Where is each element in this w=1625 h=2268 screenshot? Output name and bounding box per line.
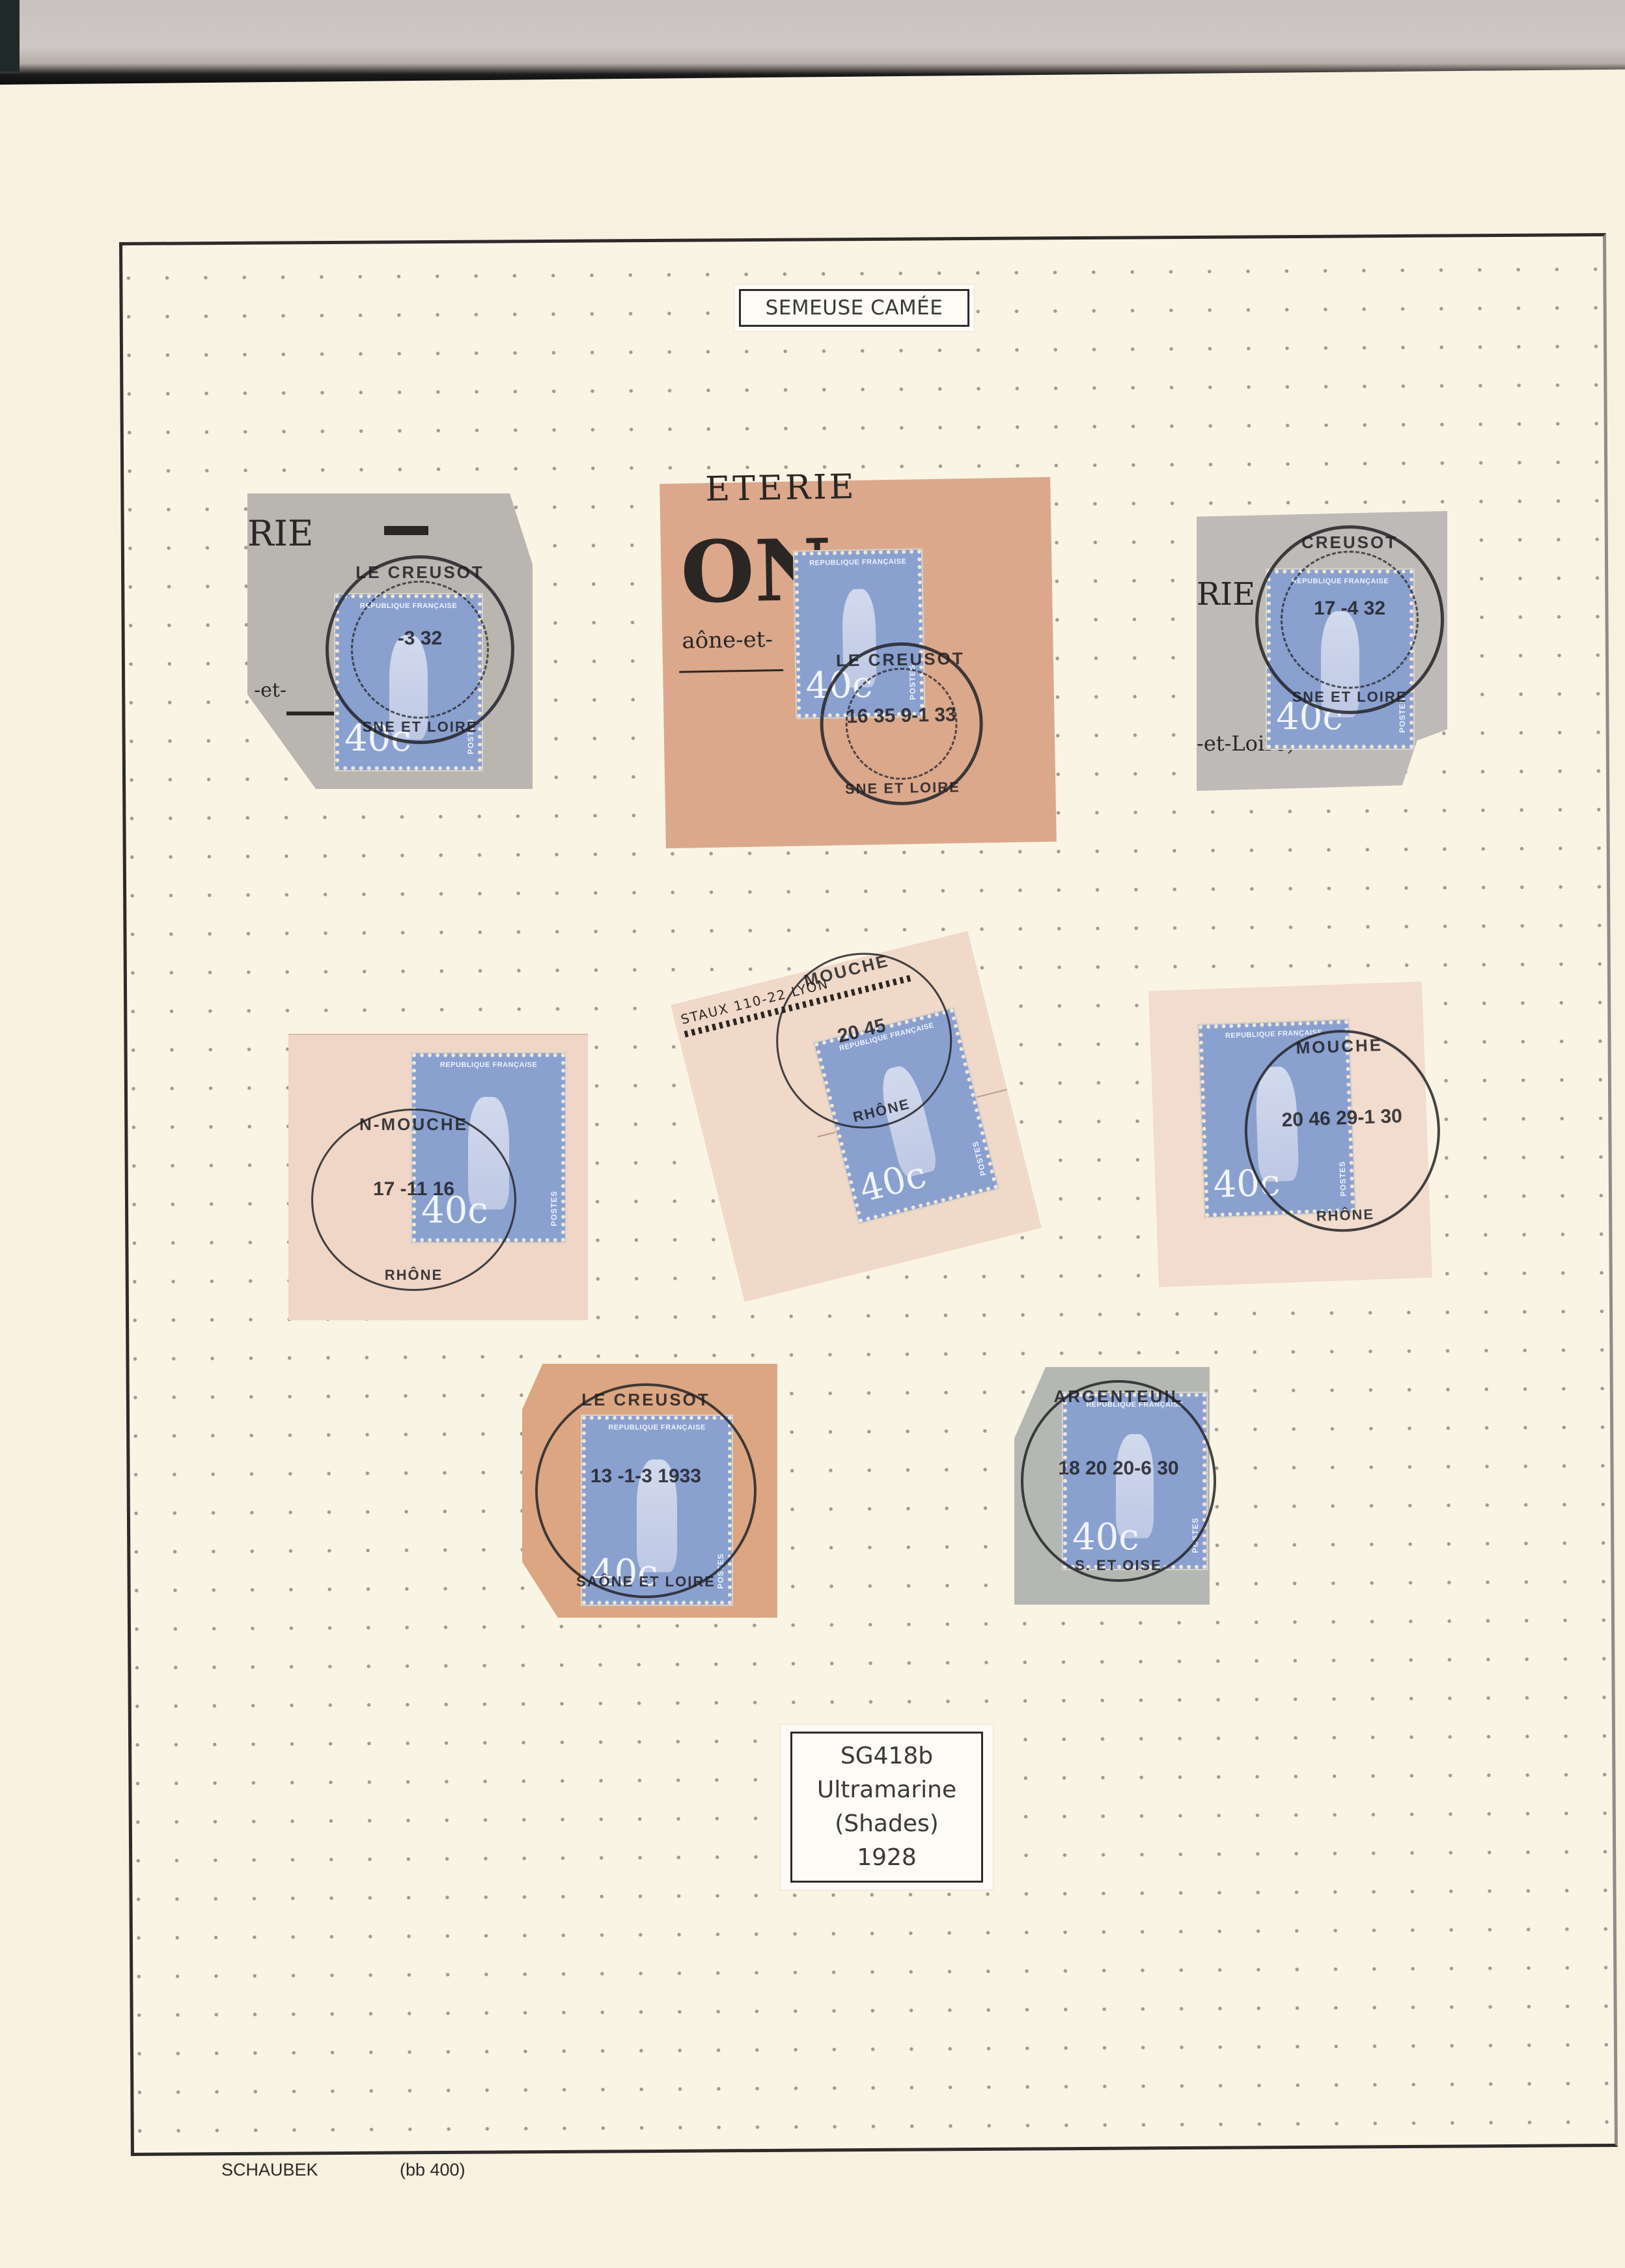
postmark-region: SAÔNE ET LOIRE	[538, 1573, 754, 1590]
title-text: SEMEUSE CAMÉE	[766, 296, 943, 320]
stamp-side-text: POSTES	[549, 1191, 559, 1226]
postmark-region: SNE ET LOIRE	[824, 779, 980, 798]
stamp-piece-4: REPUBLIQUE FRANÇAISE 40c POSTES N-MOUCHE…	[288, 1034, 588, 1320]
postmark-date: 17 -11 16	[313, 1178, 514, 1200]
postmark: CREUSOT 17 -4 32 SNE ET LOIRE	[1255, 525, 1444, 714]
postmark: LE CREUSOT 16 35 9-1 33 SNE ET LOIRE	[818, 641, 984, 807]
postmark-town: LE CREUSOT	[822, 648, 979, 671]
postmark-town: N-MOUCHE	[313, 1114, 514, 1135]
postmark: N-MOUCHE 17 -11 16 RHÔNE	[311, 1109, 516, 1291]
printed-bar	[384, 526, 428, 535]
postmark: ARGENTEUIL 18 20 20-6 30 S. ET OISE	[1021, 1380, 1216, 1582]
title-label: SEMEUSE CAMÉE	[734, 284, 975, 332]
printed-text: RIE	[247, 513, 313, 554]
postmark-date: 18 20 20-6 30	[1023, 1458, 1214, 1480]
postmark-town: LE CREUSOT	[329, 562, 511, 583]
postmark-date: 20 46 29-1 30	[1247, 1104, 1437, 1133]
color-note: (Shades)	[835, 1807, 939, 1841]
printed-text: -et-	[254, 679, 286, 702]
stamp-piece-8: REPUBLIQUE FRANÇAISE 40c POSTES ARGENTEU…	[1014, 1367, 1210, 1605]
printed-rule	[286, 712, 339, 715]
stamp-piece-6: REPUBLIQUE FRANÇAISE 40c POSTES MOUCHE 2…	[1148, 982, 1432, 1287]
postmark: LE CREUSOT -3 32 SNE ET LOIRE	[326, 555, 514, 744]
stamp-value: 40c	[855, 1154, 930, 1211]
postmark-date: 16 35 9-1 33	[823, 704, 980, 728]
stamp-color: Ultramarine	[817, 1773, 956, 1807]
publisher-name: SCHAUBEK	[221, 2160, 318, 2180]
postmark-region: SNE ET LOIRE	[1258, 689, 1441, 706]
postmark-town: LE CREUSOT	[538, 1390, 754, 1410]
printed-text: ETERIE	[705, 467, 857, 509]
postmark-region: SNE ET LOIRE	[329, 719, 511, 736]
page-reference: (bb 400)	[400, 2160, 465, 2180]
postmark-date: 17 -4 32	[1258, 598, 1441, 620]
stamp-piece-3: RIE -et-Loire) REPUBLIQUE FRANÇAISE 40c …	[1197, 511, 1447, 791]
catalogue-number: SG418b	[840, 1739, 933, 1773]
stamp-country-text: REPUBLIQUE FRANÇAISE	[416, 1061, 561, 1069]
postmark-region: S. ET OISE	[1023, 1557, 1214, 1574]
stamp-side-text: POSTES	[971, 1141, 988, 1177]
stamp-piece-7: REPUBLIQUE FRANÇAISE 40c POSTES LE CREUS…	[522, 1364, 777, 1618]
catalogue-label: SG418b Ultramarine (Shades) 1928	[780, 1724, 993, 1890]
postmark-town: ARGENTEUIL	[1023, 1387, 1214, 1407]
postmark-date: -3 32	[329, 628, 511, 650]
stamp-piece-2: ETERIE ON aône-et- REPUBLIQUE FRANÇAISE …	[660, 477, 1057, 848]
issue-year: 1928	[857, 1841, 917, 1875]
postmark: LE CREUSOT 13 -1-3 1933 SAÔNE ET LOIRE	[535, 1383, 757, 1598]
postmark-date: 20 45	[775, 1000, 947, 1063]
scanner-corner	[0, 0, 20, 72]
scanner-edge	[0, 0, 1625, 85]
postmark-town: CREUSOT	[1258, 532, 1441, 553]
printed-text: RIE	[1197, 576, 1255, 613]
printed-text: aône-et-	[682, 626, 773, 654]
stamp-country-text: REPUBLIQUE FRANÇAISE	[798, 557, 917, 567]
postmark-date: 13 -1-3 1933	[538, 1465, 754, 1487]
stamp-piece-1: RIE -et- REPUBLIQUE FRANÇAISE 40c POSTES…	[247, 493, 533, 789]
postmark-region: RHÔNE	[313, 1267, 514, 1284]
